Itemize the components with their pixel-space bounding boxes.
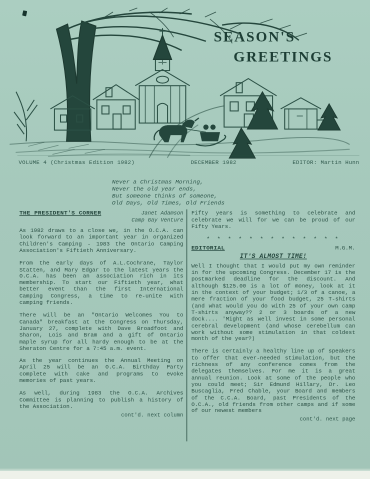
article-paragraph: As 1982 draws to a close we, in the O.C.…	[19, 228, 183, 254]
article-paragraph: As well, during 1983 the O.C.A. Archives…	[19, 391, 183, 411]
title-line-1: SEASON'S	[214, 27, 333, 47]
left-column-presidents-corner: THE PRESIDENT'S CORNER Janet Adamson Cam…	[19, 211, 183, 419]
newsletter-title: SEASON'S GREETINGS	[214, 27, 333, 67]
byline: Janet Adamson Camp Gay Venture	[132, 211, 184, 224]
asterisk-divider: * * * * * * * * * * * * *	[191, 236, 355, 243]
editorial-heading: EDITORIAL	[191, 245, 224, 252]
continuation-note: cont'd. next column	[19, 413, 183, 420]
article-paragraph: There will be an "Ontario Welcomes You t…	[19, 313, 183, 353]
editorial-title: IT'S ALMOST TIME!	[191, 253, 355, 260]
article-paragraph: Fifty years is something to celebrate an…	[191, 211, 355, 231]
continuation-note: cont'd. next page	[191, 417, 355, 424]
scanned-newsletter-page: SEASON'S GREETINGS VOLUME 4 (Christmas E…	[0, 0, 370, 479]
right-column-editorial: Fifty years is something to celebrate an…	[191, 211, 355, 424]
masthead-info-row: VOLUME 4 (Christmas Edition 1982) DECEMB…	[19, 160, 360, 166]
newsletter-sheet: SEASON'S GREETINGS VOLUME 4 (Christmas E…	[0, 0, 370, 479]
scan-bottom-edge	[0, 471, 370, 479]
presidents-corner-heading: THE PRESIDENT'S CORNER	[19, 211, 101, 218]
article-paragraph: There is certainly a healthy line up of …	[191, 349, 355, 415]
poem-line: Never a Christmas Morning,	[112, 179, 225, 186]
byline-name: Janet Adamson	[141, 211, 183, 217]
article-paragraph: Well I thought that I would put my own r…	[191, 264, 355, 343]
title-line-2: GREETINGS	[214, 47, 333, 67]
poem-line: Never the old year ends,	[112, 186, 225, 193]
volume-label: VOLUME 4 (Christmas Edition 1982)	[19, 160, 135, 166]
article-paragraph: As the year continues the Annual Meeting…	[19, 358, 183, 384]
column-divider	[186, 209, 187, 441]
article-paragraph: From the early days of A.L.Cochrane, Tay…	[19, 260, 183, 306]
christmas-poem: Never a Christmas Morning, Never the old…	[112, 179, 225, 207]
issue-date: DECEMBER 1982	[191, 160, 237, 166]
poem-line: But someone thinks of someone,	[112, 193, 225, 200]
editor-credit: EDITOR: Martin Hunn	[292, 160, 359, 166]
masthead-rule	[17, 155, 359, 156]
byline-camp: Camp Gay Venture	[132, 217, 184, 223]
poem-line: Old Days, Old Times, Old Friends	[112, 200, 225, 207]
editor-initials: M.G.M.	[335, 245, 355, 252]
